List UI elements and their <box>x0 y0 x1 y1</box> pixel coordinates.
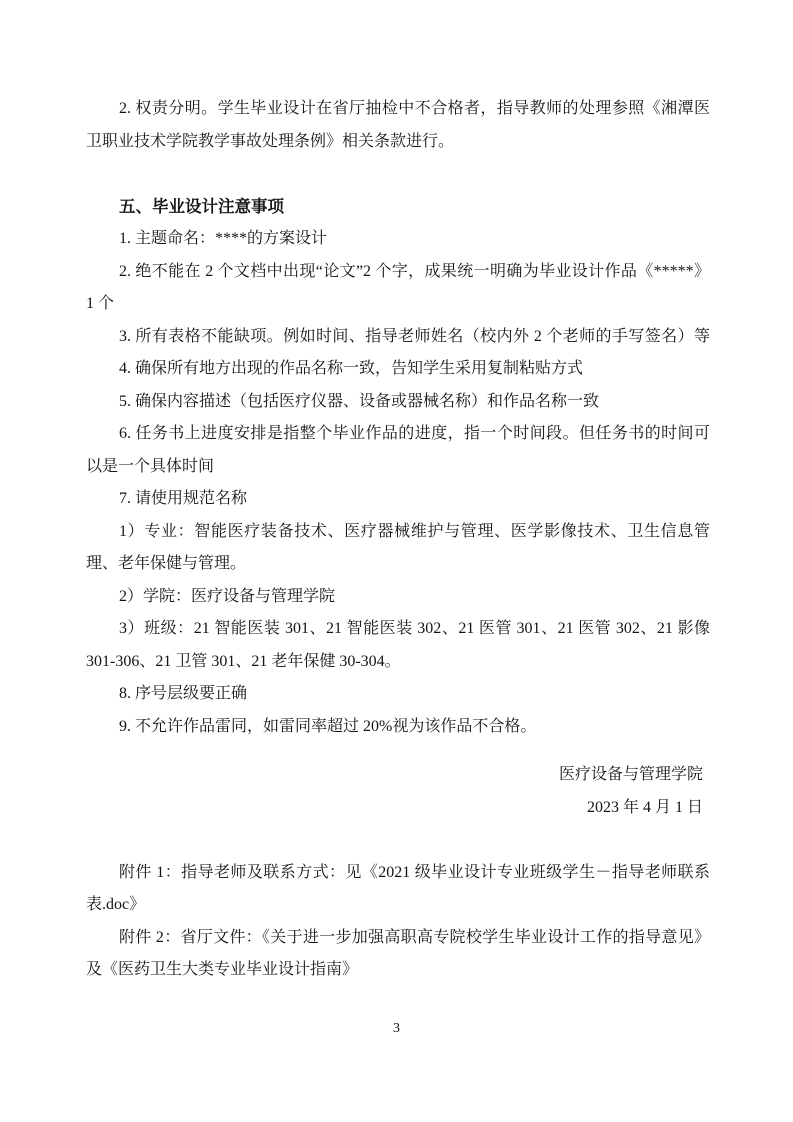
signature-date: 2023 年 4 月 1 日 <box>86 792 703 825</box>
attachment-line: 及《医药卫生大类专业毕业设计指南》 <box>86 954 710 987</box>
note-subitem-line: 3）班级：21 智能医装 301、21 智能医装 302、21 医管 301、2… <box>86 613 710 646</box>
document-page: 2. 权责分明。学生毕业设计在省厅抽检中不合格者，指导教师的处理参照《湘潭医 卫… <box>0 0 793 1122</box>
paragraph-line: 卫职业技术学院教学事故处理条例》相关条款进行。 <box>86 126 710 159</box>
note-subitem-line: 理、老年保健与管理。 <box>86 548 710 581</box>
blank-line <box>86 158 710 191</box>
attachment-line: 表.doc》 <box>86 889 710 922</box>
attachment-line: 附件 1：指导老师及联系方式：见《2021 级毕业设计专业班级学生－指导老师联系 <box>86 857 710 890</box>
note-item-line: 6. 任务书上进度安排是指整个毕业作品的进度，指一个时间段。但任务书的时间可 <box>86 418 710 451</box>
paragraph-line: 2. 权责分明。学生毕业设计在省厅抽检中不合格者，指导教师的处理参照《湘潭医 <box>86 93 710 126</box>
note-item-line: 7. 请使用规范名称 <box>86 483 710 516</box>
note-item-line: 5. 确保内容描述（包括医疗仪器、设备或器械名称）和作品名称一致 <box>86 386 710 419</box>
signature-organization: 医疗设备与管理学院 <box>86 759 703 792</box>
note-subitem-line: 2）学院：医疗设备与管理学院 <box>86 581 710 614</box>
note-subitem-line: 1）专业：智能医疗装备技术、医疗器械维护与管理、医学影像技术、卫生信息管 <box>86 516 710 549</box>
signature-block: 医疗设备与管理学院 2023 年 4 月 1 日 <box>86 759 710 824</box>
note-item-line: 4. 确保所有地方出现的作品名称一致，告知学生采用复制粘贴方式 <box>86 353 710 386</box>
section-heading: 五、毕业设计注意事项 <box>86 191 710 224</box>
note-item-line: 1 个 <box>86 288 710 321</box>
note-item-line: 以是一个具体时间 <box>86 451 710 484</box>
note-item-line: 9. 不允许作品雷同，如雷同率超过 20%视为该作品不合格。 <box>86 711 710 744</box>
note-item-line: 2. 绝不能在 2 个文档中出现“论文”2 个字，成果统一明确为毕业设计作品《*… <box>86 256 710 289</box>
note-item-line: 3. 所有表格不能缺项。例如时间、指导老师姓名（校内外 2 个老师的手写签名）等 <box>86 321 710 354</box>
note-item-line: 1. 主题命名：****的方案设计 <box>86 223 710 256</box>
note-item-line: 8. 序号层级要正确 <box>86 678 710 711</box>
document-body: 2. 权责分明。学生毕业设计在省厅抽检中不合格者，指导教师的处理参照《湘潭医 卫… <box>86 93 710 987</box>
attachment-line: 附件 2：省厅文件：《关于进一步加强高职高专院校学生毕业设计工作的指导意见》 <box>86 922 710 955</box>
page-number: 3 <box>0 1021 793 1037</box>
blank-line <box>86 824 710 857</box>
note-subitem-line: 301-306、21 卫管 301、21 老年保健 30-304。 <box>86 646 710 679</box>
